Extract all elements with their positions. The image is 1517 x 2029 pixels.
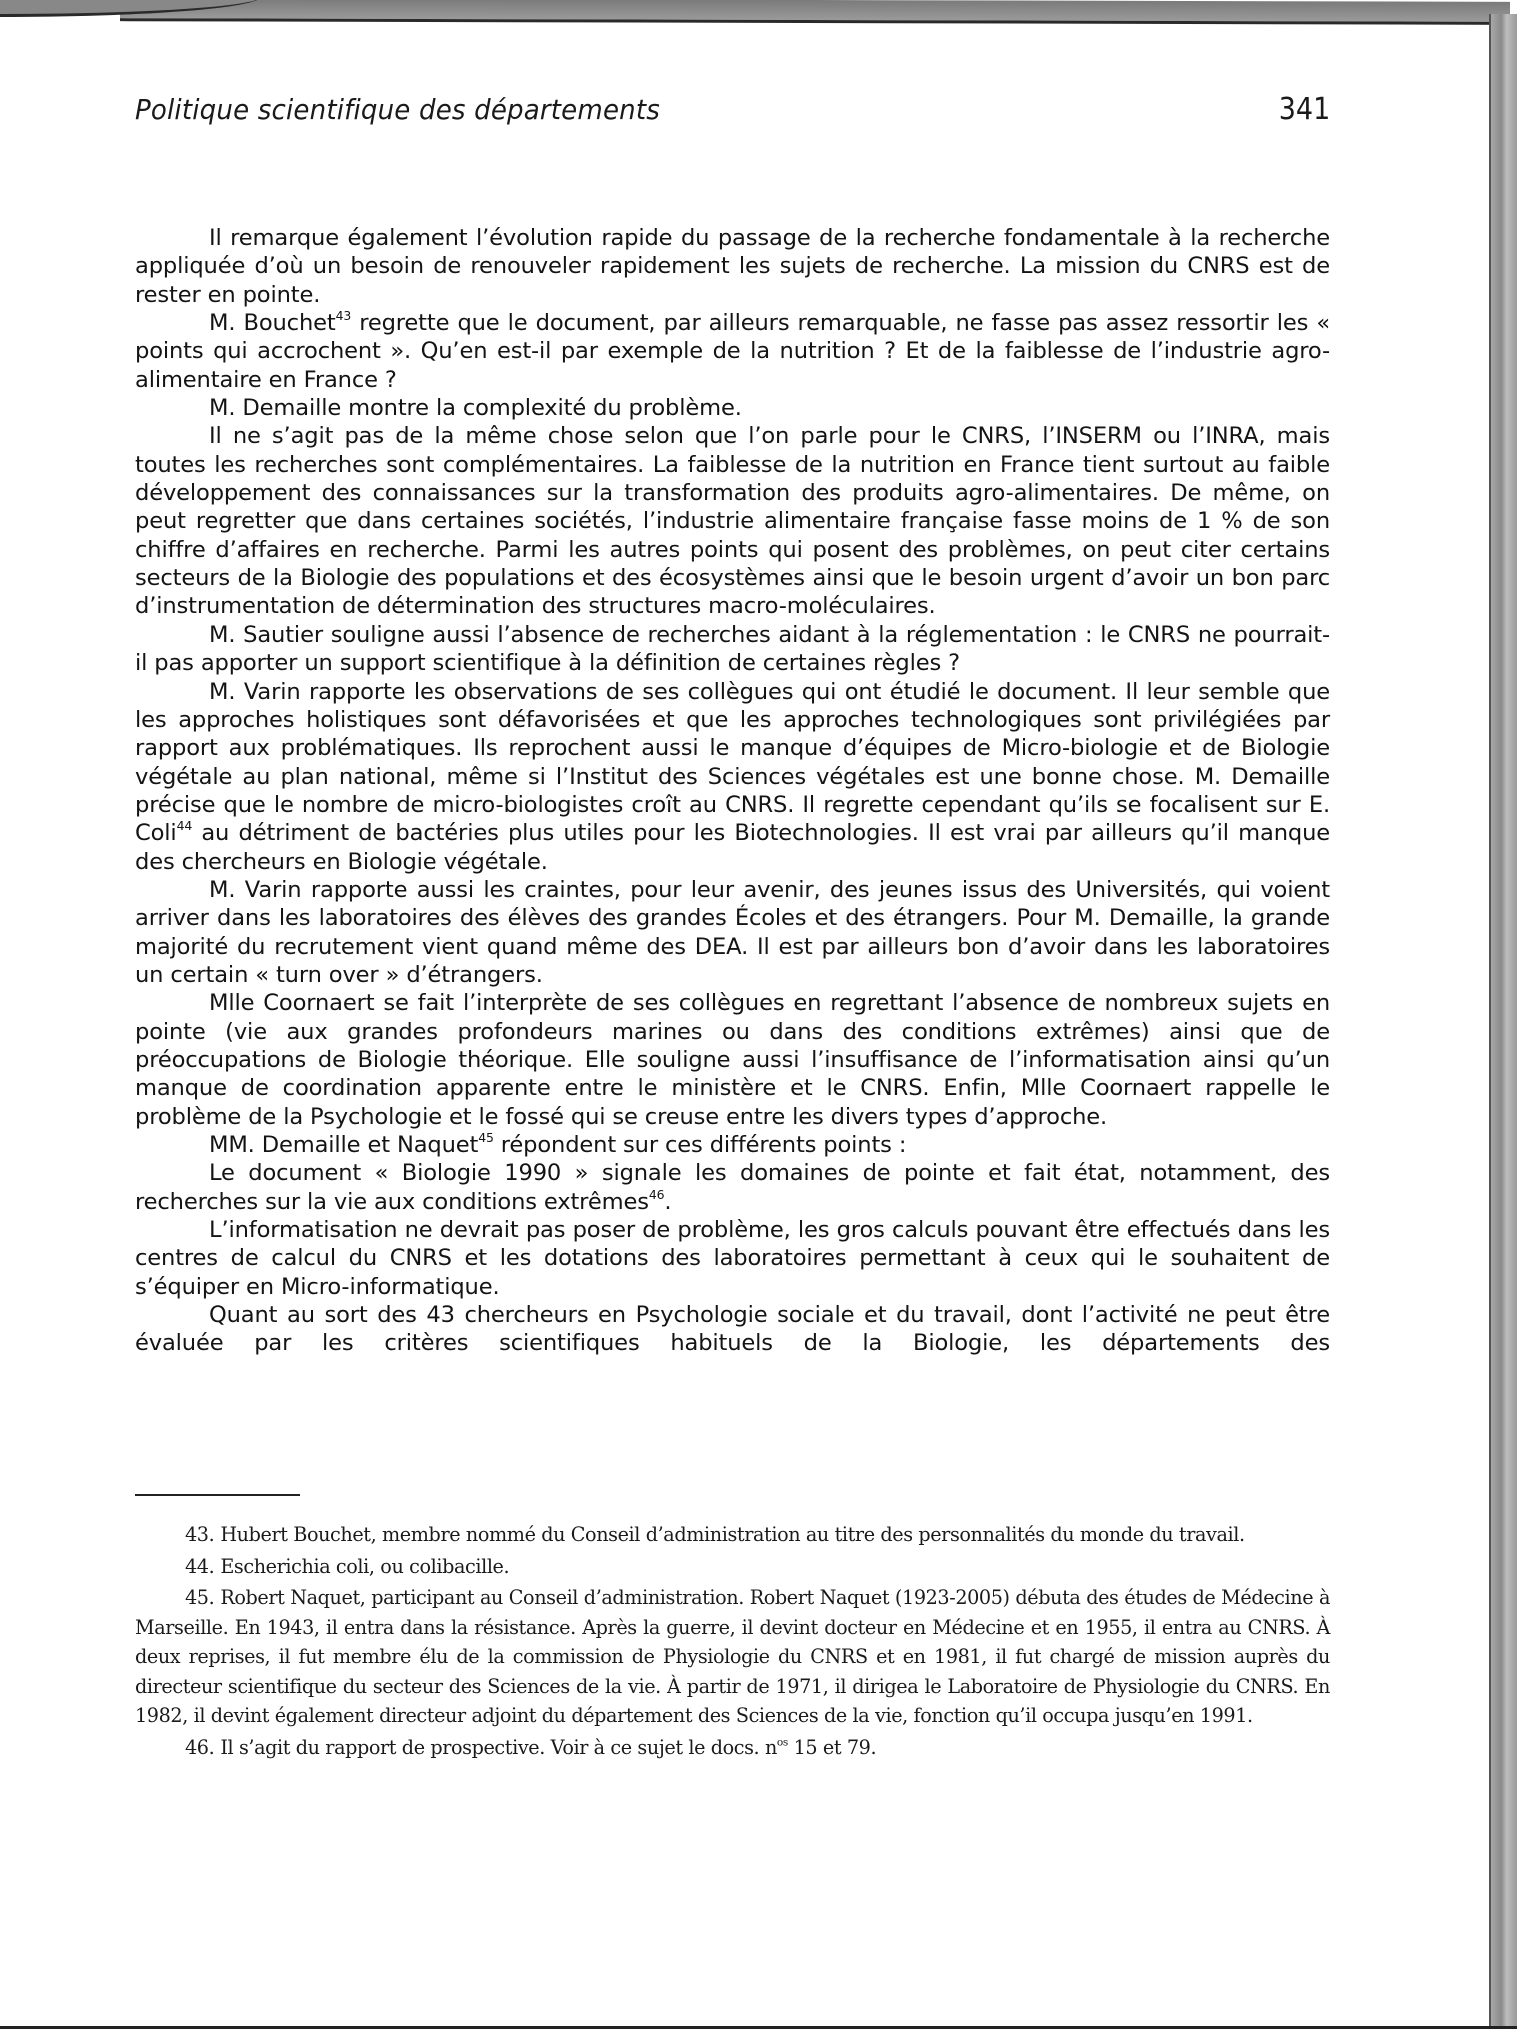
footnote-number: 46. (185, 1736, 214, 1759)
paragraph-text: M. Bouchet (209, 310, 336, 336)
footnote-44: 44.Escherichia coli, ou colibacille. (135, 1552, 1330, 1582)
paragraph-text: MM. Demaille et Naquet (209, 1132, 478, 1158)
footnote-number: 43. (185, 1523, 214, 1546)
paragraph: MM. Demaille et Naquet45 répondent sur c… (135, 1131, 1330, 1159)
footnotes: 43.Hubert Bouchet, membre nommé du Conse… (135, 1520, 1330, 1764)
page-number: 341 (1278, 92, 1330, 127)
paragraph-text: M. Varin rapporte aussi les craintes, po… (135, 877, 1330, 988)
footnote-ref-43[interactable]: 43 (336, 308, 352, 323)
paragraph: M. Sautier souligne aussi l’absence de r… (135, 621, 1330, 678)
body-text: Il remarque également l’évolution rapide… (135, 224, 1330, 1358)
running-title: Politique scientifique des départements (135, 93, 660, 126)
paragraph: L’informatisation ne devrait pas poser d… (135, 1216, 1330, 1301)
paragraph: M. Demaille montre la complexité du prob… (135, 394, 1330, 422)
paragraph: Mlle Coornaert se fait l’interprète de s… (135, 989, 1330, 1131)
footnote-ref-46[interactable]: 46 (649, 1187, 665, 1202)
book-page: Politique scientifique des départements … (0, 0, 1490, 2029)
paragraph-text: Il remarque également l’évolution rapide… (135, 225, 1330, 308)
paragraph-text: M. Sautier souligne aussi l’absence de r… (135, 622, 1330, 676)
running-head: Politique scientifique des départements … (135, 92, 1330, 127)
footnote-superscript: os (777, 1736, 788, 1748)
paragraph-text: Le document « Biologie 1990 » signale le… (135, 1160, 1330, 1214)
paragraph: Le document « Biologie 1990 » signale le… (135, 1159, 1330, 1216)
footnote-text: Il s’agit du rapport de prospective. Voi… (220, 1736, 777, 1759)
footnote-ref-44[interactable]: 44 (177, 818, 193, 833)
paragraph: M. Varin rapporte les observations de se… (135, 678, 1330, 876)
footnote-number: 44. (185, 1555, 214, 1578)
paragraph-text: Il ne s’agit pas de la même chose selon … (135, 423, 1330, 619)
footnote-43: 43.Hubert Bouchet, membre nommé du Conse… (135, 1520, 1330, 1550)
footnote-46: 46.Il s’agit du rapport de prospective. … (135, 1733, 1330, 1763)
paragraph-text: L’informatisation ne devrait pas poser d… (135, 1217, 1330, 1300)
footnote-45: 45.Robert Naquet, participant au Conseil… (135, 1583, 1330, 1731)
footnote-text: Escherichia coli, ou colibacille. (220, 1555, 509, 1578)
paragraph-text: M. Demaille montre la complexité du prob… (209, 395, 742, 421)
scan-edge-right (1489, 14, 1517, 2029)
paragraph: Il remarque également l’évolution rapide… (135, 224, 1330, 309)
footnote-ref-45[interactable]: 45 (478, 1130, 494, 1145)
paragraph-text: répondent sur ces différents points : (494, 1132, 907, 1158)
footnote-separator (135, 1494, 300, 1496)
paragraph: Il ne s’agit pas de la même chose selon … (135, 422, 1330, 620)
paragraph: Quant au sort des 43 chercheurs en Psych… (135, 1301, 1330, 1358)
paragraph: M. Varin rapporte aussi les craintes, po… (135, 876, 1330, 989)
footnote-text: 15 et 79. (788, 1736, 876, 1759)
footnote-text: Hubert Bouchet, membre nommé du Conseil … (220, 1523, 1244, 1546)
paragraph-text: au détriment de bactéries plus utiles po… (135, 820, 1330, 874)
paragraph: M. Bouchet43 regrette que le document, p… (135, 309, 1330, 394)
footnote-number: 45. (185, 1586, 214, 1609)
paragraph-text: . (664, 1189, 671, 1215)
paragraph-text: Mlle Coornaert se fait l’interprète de s… (135, 990, 1330, 1129)
paragraph-text: Quant au sort des 43 chercheurs en Psych… (135, 1302, 1330, 1356)
footnote-text: Robert Naquet, participant au Conseil d’… (135, 1586, 1330, 1727)
